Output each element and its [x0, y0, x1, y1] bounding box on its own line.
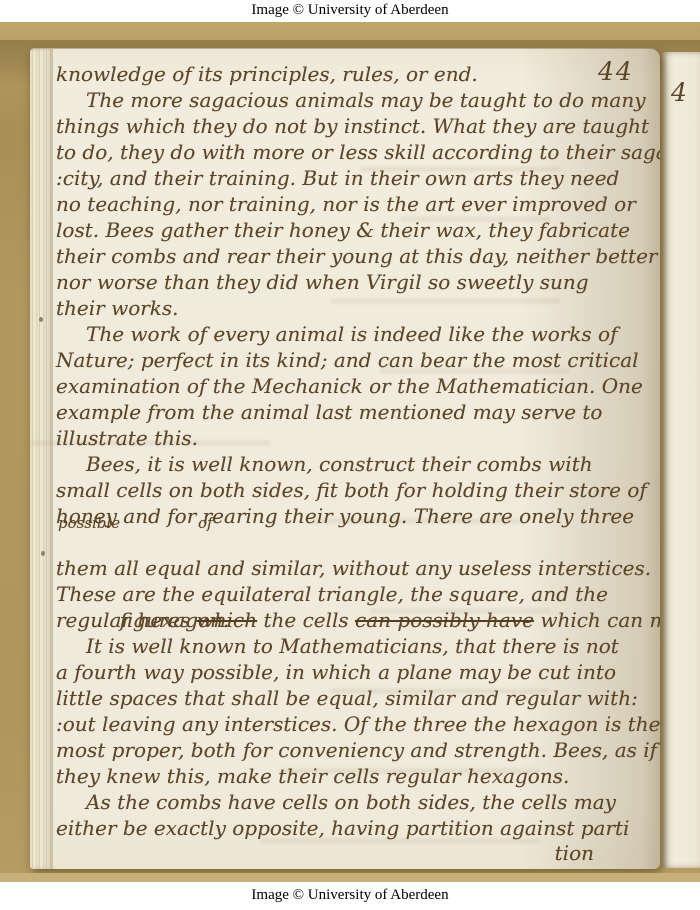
manuscript-line: things which they do not by instinct. Wh… [56, 113, 656, 139]
manuscript-line: Bees, it is well known, construct their … [56, 451, 656, 477]
page-edge-mark [41, 551, 45, 556]
manuscript-line: examination of the Mechanick or the Math… [56, 373, 656, 399]
struck-text: can possibly have [355, 608, 534, 632]
manuscript-line: The more sagacious animals may be taught… [56, 87, 656, 113]
line-segment: the cells [257, 608, 355, 632]
manuscript-line: example from the animal last mentioned m… [56, 399, 656, 425]
manuscript-line: little spaces that shall be equal, simil… [56, 685, 656, 711]
manuscript-line: These are the equilateral triangle, the … [56, 581, 656, 607]
manuscript-line: most proper, both for conveniency and st… [56, 737, 656, 763]
manuscript-line: small cells on both sides, fit both for … [56, 477, 656, 503]
manuscript-line: As the combs have cells on both sides, t… [56, 789, 656, 815]
manuscript-text: knowledge of its principles, rules, or e… [56, 61, 656, 867]
manuscript-line: to do, they do with more or less skill a… [56, 139, 656, 165]
manuscript-line: Nature; perfect in its kind; and can bea… [56, 347, 656, 373]
manuscript-line: either be exactly opposite, having parti… [56, 815, 656, 841]
manuscript-line-corrected: possible of figures which the cells can … [56, 529, 656, 555]
manuscript-line: :out leaving any interstices. Of the thr… [56, 711, 656, 737]
line-segment: figures [120, 608, 197, 632]
interlinear-insertion: possible [58, 516, 120, 530]
next-page-sliver: 4 [662, 52, 700, 868]
manuscript-page: 44 knowledge of its principles, rules, o… [30, 48, 660, 869]
line-segment: which can make [534, 608, 660, 632]
manuscript-line: no teaching, nor training, nor is the ar… [56, 191, 656, 217]
page-fore-edge [30, 49, 53, 869]
manuscript-photo: 4 44 knowledge of its principles, rules,… [0, 22, 700, 882]
catchword: tion [56, 841, 656, 867]
manuscript-line: :city, and their training. But in their … [56, 165, 656, 191]
manuscript-line: lost. Bees gather their honey & their wa… [56, 217, 656, 243]
interlinear-insertion: of [198, 516, 213, 530]
board-bottom-edge [0, 873, 700, 882]
next-page-number: 4 [671, 78, 687, 107]
manuscript-line: they knew this, make their cells regular… [56, 763, 656, 789]
manuscript-line: them all equal and similar, without any … [56, 555, 656, 581]
manuscript-line: illustrate this. [56, 425, 656, 451]
manuscript-line: a fourth way possible, in which a plane … [56, 659, 656, 685]
manuscript-line: honey and for rearing their young. There… [56, 503, 656, 529]
manuscript-line: It is well known to Mathematicians, that… [56, 633, 656, 659]
screenshot-root: Image © University of Aberdeen 4 44 know… [0, 0, 700, 910]
manuscript-line: nor worse than they did when Virgil so s… [56, 269, 656, 295]
manuscript-line: The work of every animal is indeed like … [56, 321, 656, 347]
manuscript-line: knowledge of its principles, rules, or e… [56, 61, 656, 87]
caption-bottom: Image © University of Aberdeen [0, 882, 700, 910]
struck-text: which [197, 608, 257, 632]
page-edge-mark [39, 317, 43, 322]
manuscript-line: their works. [56, 295, 656, 321]
manuscript-line: their combs and rear their young at this… [56, 243, 656, 269]
caption-top: Image © University of Aberdeen [0, 0, 700, 22]
